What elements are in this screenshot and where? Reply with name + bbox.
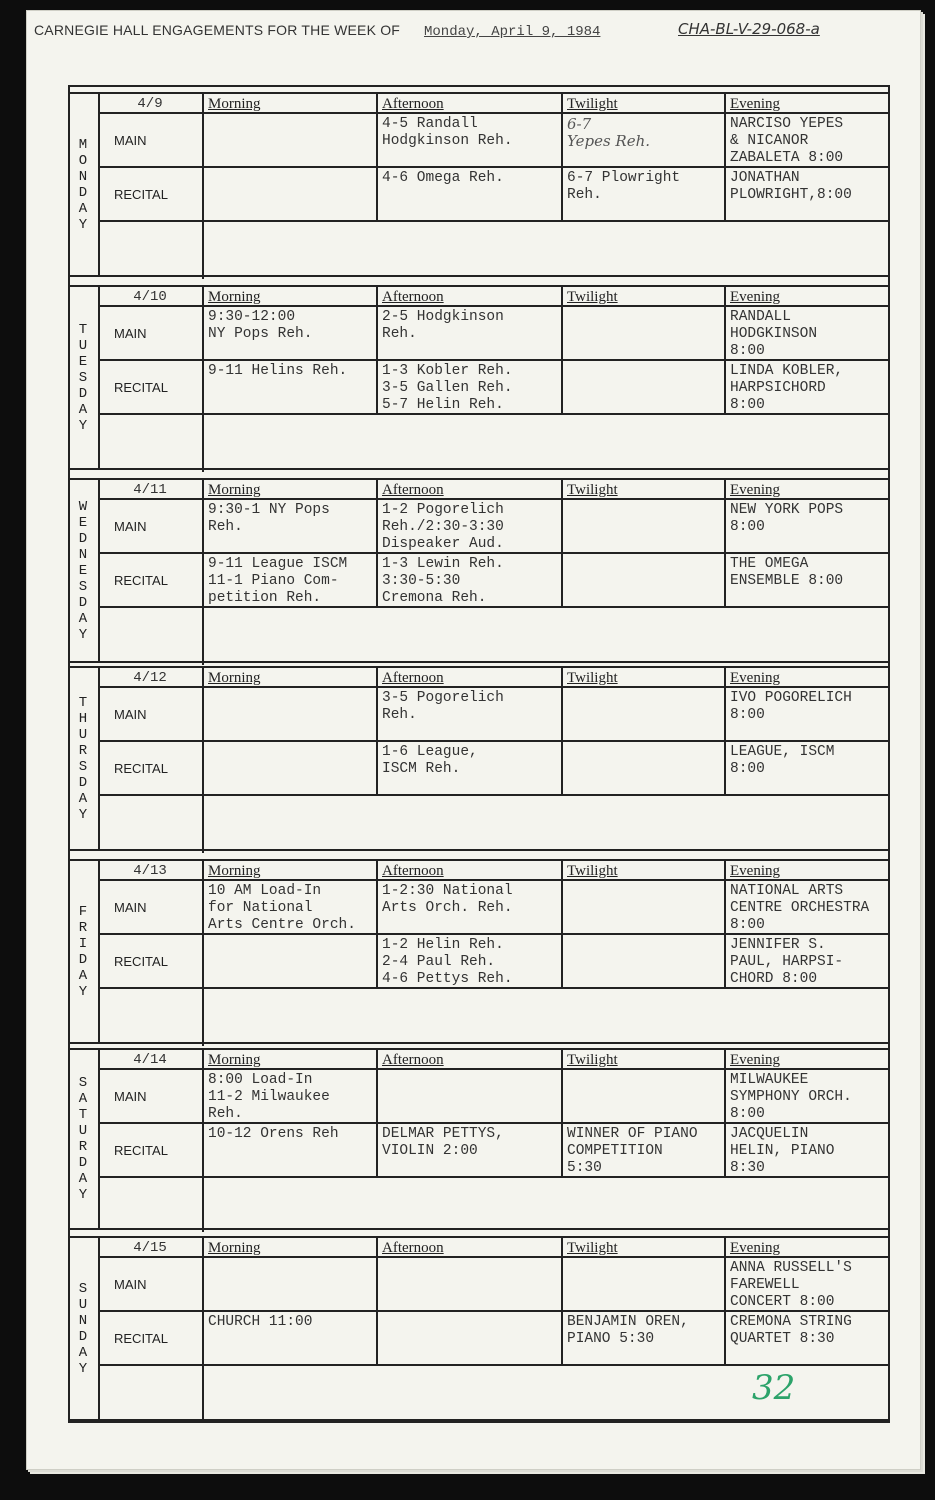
- day-date: 4/11: [98, 480, 204, 498]
- schedule-cell-main-twilight: [563, 1258, 726, 1310]
- schedule-cell-recital-morning: [204, 742, 378, 794]
- schedule-cell-recital-morning: 10-12 Orens Reh: [204, 1124, 378, 1176]
- header-row: 4/15MorningAfternoonTwilightEvening: [98, 1238, 888, 1258]
- day-grid: 4/13MorningAfternoonTwilightEveningMAIN1…: [98, 861, 888, 1042]
- day-letter: I: [79, 936, 87, 952]
- day-block-monday: MONDAY4/9MorningAfternoonTwilightEvening…: [68, 92, 888, 277]
- main-row: MAIN8:00 Load-In 11-2 Milwaukee Reh.MILW…: [98, 1070, 888, 1124]
- column-header-evening: Evening: [726, 1238, 888, 1256]
- column-header-twilight: Twilight: [563, 861, 726, 879]
- day-letter: D: [79, 386, 87, 402]
- day-letter: A: [79, 968, 87, 984]
- day-letter: S: [79, 1281, 87, 1297]
- main-row: MAIN4-5 Randall Hodgkinson Reh.6-7 Yepes…: [98, 114, 888, 168]
- schedule-cell-recital-twilight: 6-7 Plowright Reh.: [563, 168, 726, 220]
- day-letter: E: [79, 515, 87, 531]
- day-letter: U: [79, 1123, 87, 1139]
- schedule-cell-main-twilight: [563, 688, 726, 740]
- day-letter: S: [79, 579, 87, 595]
- notes-cell: [204, 222, 888, 279]
- schedule-cell-recital-afternoon: 1-3 Kobler Reh. 3-5 Gallen Reh. 5-7 Heli…: [378, 361, 563, 413]
- column-header-afternoon: Afternoon: [378, 1050, 563, 1068]
- notes-label-cell: [98, 1178, 204, 1232]
- main-row: MAIN10 AM Load-In for National Arts Cent…: [98, 881, 888, 935]
- day-letter: D: [79, 595, 87, 611]
- schedule-cell-main-evening: RANDALL HODGKINSON 8:00: [726, 307, 888, 359]
- column-header-afternoon: Afternoon: [378, 668, 563, 686]
- day-letter: A: [79, 201, 87, 217]
- schedule-cell-recital-twilight: [563, 935, 726, 987]
- column-header-twilight: Twilight: [563, 287, 726, 305]
- schedule-cell-main-morning: [204, 688, 378, 740]
- schedule-cell-recital-afternoon: 1-2 Helin Reh. 2-4 Paul Reh. 4-6 Pettys …: [378, 935, 563, 987]
- hall-label-recital: RECITAL: [98, 361, 204, 413]
- day-block-tuesday: TUESDAY4/10MorningAfternoonTwilightEveni…: [68, 285, 888, 470]
- recital-row: RECITAL4-6 Omega Reh.6-7 Plowright Reh.J…: [98, 168, 888, 222]
- week-of-date: Monday, April 9, 1984: [424, 24, 600, 40]
- day-letter: Y: [79, 217, 87, 233]
- hall-label-main: MAIN: [98, 688, 204, 740]
- schedule-cell-recital-evening: LEAGUE, ISCM 8:00: [726, 742, 888, 794]
- notes-cell: [204, 989, 888, 1046]
- notes-row: [98, 415, 888, 472]
- schedule-cell-recital-evening: JACQUELIN HELIN, PIANO 8:30: [726, 1124, 888, 1176]
- column-header-evening: Evening: [726, 861, 888, 879]
- day-letter: N: [79, 1313, 87, 1329]
- day-grid: 4/14MorningAfternoonTwilightEveningMAIN8…: [98, 1050, 888, 1228]
- day-date: 4/15: [98, 1238, 204, 1256]
- schedule-cell-main-evening: NARCISO YEPES & NICANOR ZABALETA 8:00: [726, 114, 888, 166]
- day-block-friday: FRIDAY4/13MorningAfternoonTwilightEvenin…: [68, 859, 888, 1044]
- hall-label-main: MAIN: [98, 1070, 204, 1122]
- notes-cell: [204, 415, 888, 472]
- notes-label-cell: [98, 222, 204, 279]
- main-row: MAINANNA RUSSELL'S FAREWELL CONCERT 8:00: [98, 1258, 888, 1312]
- header-row: 4/9MorningAfternoonTwilightEvening: [98, 94, 888, 114]
- main-row: MAIN3-5 Pogorelich Reh.IVO POGORELICH 8:…: [98, 688, 888, 742]
- schedule-cell-recital-evening: THE OMEGA ENSEMBLE 8:00: [726, 554, 888, 606]
- day-date: 4/13: [98, 861, 204, 879]
- column-header-evening: Evening: [726, 480, 888, 498]
- notes-row: [98, 796, 888, 853]
- notes-row: [98, 1178, 888, 1232]
- day-letter: D: [79, 531, 87, 547]
- day-letter: M: [79, 137, 87, 153]
- schedule-cell-main-afternoon: [378, 1070, 563, 1122]
- day-name-vertical: THURSDAY: [68, 668, 100, 849]
- column-header-morning: Morning: [204, 287, 378, 305]
- day-date: 4/12: [98, 668, 204, 686]
- day-letter: S: [79, 759, 87, 775]
- hall-label-recital: RECITAL: [98, 554, 204, 606]
- schedule-cell-recital-evening: JONATHAN PLOWRIGHT,8:00: [726, 168, 888, 220]
- header-row: 4/12MorningAfternoonTwilightEvening: [98, 668, 888, 688]
- schedule-cell-main-twilight: [563, 307, 726, 359]
- notes-cell: [204, 1178, 888, 1232]
- column-header-twilight: Twilight: [563, 1238, 726, 1256]
- day-name-vertical: MONDAY: [68, 94, 100, 275]
- recital-row: RECITALCHURCH 11:00BENJAMIN OREN, PIANO …: [98, 1312, 888, 1366]
- schedule-cell-recital-afternoon: [378, 1312, 563, 1364]
- day-letter: T: [79, 1107, 87, 1123]
- schedule-cell-recital-morning: 9-11 League ISCM 11-1 Piano Com- petitio…: [204, 554, 378, 606]
- schedule-cell-main-evening: IVO POGORELICH 8:00: [726, 688, 888, 740]
- schedule-cell-main-morning: 10 AM Load-In for National Arts Centre O…: [204, 881, 378, 933]
- hall-label-main: MAIN: [98, 500, 204, 552]
- recital-row: RECITAL10-12 Orens RehDELMAR PETTYS, VIO…: [98, 1124, 888, 1178]
- day-letter: D: [79, 775, 87, 791]
- column-header-evening: Evening: [726, 94, 888, 112]
- day-date: 4/9: [98, 94, 204, 112]
- main-row: MAIN9:30-1 NY Pops Reh.1-2 Pogorelich Re…: [98, 500, 888, 554]
- column-header-twilight: Twilight: [563, 668, 726, 686]
- schedule-cell-recital-morning: CHURCH 11:00: [204, 1312, 378, 1364]
- day-name-vertical: WEDNESDAY: [68, 480, 100, 661]
- schedule-cell-recital-morning: 9-11 Helins Reh.: [204, 361, 378, 413]
- schedule-cell-recital-morning: [204, 168, 378, 220]
- schedule-cell-recital-evening: LINDA KOBLER, HARPSICHORD 8:00: [726, 361, 888, 413]
- schedule-cell-main-evening: NATIONAL ARTS CENTRE ORCHESTRA 8:00: [726, 881, 888, 933]
- day-letter: Y: [79, 1187, 87, 1203]
- column-header-twilight: Twilight: [563, 94, 726, 112]
- schedule-cell-recital-morning: [204, 935, 378, 987]
- day-letter: E: [79, 354, 87, 370]
- title-text: CARNEGIE HALL ENGAGEMENTS FOR THE WEEK O…: [34, 22, 400, 38]
- column-header-twilight: Twilight: [563, 1050, 726, 1068]
- schedule-cell-recital-afternoon: DELMAR PETTYS, VIOLIN 2:00: [378, 1124, 563, 1176]
- day-letter: D: [79, 1329, 87, 1345]
- header-row: 4/13MorningAfternoonTwilightEvening: [98, 861, 888, 881]
- column-header-morning: Morning: [204, 1238, 378, 1256]
- day-letter: R: [79, 743, 87, 759]
- hall-label-main: MAIN: [98, 307, 204, 359]
- column-header-evening: Evening: [726, 668, 888, 686]
- day-name-vertical: TUESDAY: [68, 287, 100, 468]
- notes-row: [98, 989, 888, 1046]
- schedule-cell-recital-afternoon: 1-3 Lewin Reh. 3:30-5:30 Cremona Reh.: [378, 554, 563, 606]
- day-block-wednesday: WEDNESDAY4/11MorningAfternoonTwilightEve…: [68, 478, 888, 663]
- schedule-cell-recital-afternoon: 1-6 League, ISCM Reh.: [378, 742, 563, 794]
- column-header-afternoon: Afternoon: [378, 861, 563, 879]
- notes-label-cell: [98, 1366, 204, 1423]
- notes-row: [98, 222, 888, 279]
- hall-label-main: MAIN: [98, 881, 204, 933]
- schedule-cell-main-morning: 9:30-1 NY Pops Reh.: [204, 500, 378, 552]
- day-letter: A: [79, 791, 87, 807]
- hall-label-main: MAIN: [98, 1258, 204, 1310]
- day-letter: W: [79, 499, 87, 515]
- recital-row: RECITAL1-6 League, ISCM Reh.LEAGUE, ISCM…: [98, 742, 888, 796]
- notes-label-cell: [98, 608, 204, 665]
- day-name-vertical: FRIDAY: [68, 861, 100, 1042]
- day-letter: Y: [79, 1361, 87, 1377]
- schedule-cell-main-morning: 9:30-12:00 NY Pops Reh.: [204, 307, 378, 359]
- header-row: 4/10MorningAfternoonTwilightEvening: [98, 287, 888, 307]
- day-letter: N: [79, 169, 87, 185]
- column-header-afternoon: Afternoon: [378, 94, 563, 112]
- schedule-cell-main-afternoon: 3-5 Pogorelich Reh.: [378, 688, 563, 740]
- hall-label-recital: RECITAL: [98, 168, 204, 220]
- day-block-thursday: THURSDAY4/12MorningAfternoonTwilightEven…: [68, 666, 888, 851]
- column-header-morning: Morning: [204, 668, 378, 686]
- day-letter: U: [79, 1297, 87, 1313]
- day-grid: 4/11MorningAfternoonTwilightEveningMAIN9…: [98, 480, 888, 661]
- schedule-cell-main-evening: NEW YORK POPS 8:00: [726, 500, 888, 552]
- notes-label-cell: [98, 796, 204, 853]
- day-grid: 4/10MorningAfternoonTwilightEveningMAIN9…: [98, 287, 888, 468]
- column-header-morning: Morning: [204, 94, 378, 112]
- archive-id: CHA-BL-V-29-068-a: [678, 20, 820, 38]
- column-header-morning: Morning: [204, 480, 378, 498]
- day-letter: A: [79, 1091, 87, 1107]
- header-row: 4/14MorningAfternoonTwilightEvening: [98, 1050, 888, 1070]
- day-letter: A: [79, 1345, 87, 1361]
- column-header-afternoon: Afternoon: [378, 1238, 563, 1256]
- recital-row: RECITAL9-11 Helins Reh.1-3 Kobler Reh. 3…: [98, 361, 888, 415]
- schedule-cell-recital-evening: JENNIFER S. PAUL, HARPSI- CHORD 8:00: [726, 935, 888, 987]
- day-letter: O: [79, 153, 87, 169]
- document-title: CARNEGIE HALL ENGAGEMENTS FOR THE WEEK O…: [34, 22, 400, 40]
- day-letter: F: [79, 904, 87, 920]
- schedule-cell-main-afternoon: 1-2:30 National Arts Orch. Reh.: [378, 881, 563, 933]
- schedule-cell-recital-twilight: WINNER OF PIANO COMPETITION 5:30: [563, 1124, 726, 1176]
- schedule-cell-main-morning: 8:00 Load-In 11-2 Milwaukee Reh.: [204, 1070, 378, 1122]
- notes-label-cell: [98, 989, 204, 1046]
- main-row: MAIN9:30-12:00 NY Pops Reh.2-5 Hodgkinso…: [98, 307, 888, 361]
- notes-cell: [204, 796, 888, 853]
- column-header-afternoon: Afternoon: [378, 287, 563, 305]
- hall-label-recital: RECITAL: [98, 935, 204, 987]
- day-name-vertical: SATURDAY: [68, 1050, 100, 1228]
- day-letter: D: [79, 1155, 87, 1171]
- schedule-cell-main-afternoon: 4-5 Randall Hodgkinson Reh.: [378, 114, 563, 166]
- schedule-cell-recital-twilight: [563, 554, 726, 606]
- schedule-cell-main-afternoon: 2-5 Hodgkinson Reh.: [378, 307, 563, 359]
- hall-label-recital: RECITAL: [98, 742, 204, 794]
- schedule-cell-recital-evening: CREMONA STRING QUARTET 8:30: [726, 1312, 888, 1364]
- notes-cell: [204, 608, 888, 665]
- schedule-cell-main-evening: MILWAUKEE SYMPHONY ORCH. 8:00: [726, 1070, 888, 1122]
- day-name-vertical: SUNDAY: [68, 1238, 100, 1419]
- schedule-cell-recital-afternoon: 4-6 Omega Reh.: [378, 168, 563, 220]
- day-letter: A: [79, 611, 87, 627]
- column-header-afternoon: Afternoon: [378, 480, 563, 498]
- day-letter: U: [79, 338, 87, 354]
- schedule-cell-main-afternoon: [378, 1258, 563, 1310]
- day-date: 4/10: [98, 287, 204, 305]
- schedule-cell-main-afternoon: 1-2 Pogorelich Reh./2:30-3:30 Dispeaker …: [378, 500, 563, 552]
- day-letter: R: [79, 920, 87, 936]
- day-grid: 4/9MorningAfternoonTwilightEveningMAIN4-…: [98, 94, 888, 275]
- schedule-cell-main-twilight: [563, 1070, 726, 1122]
- schedule-cell-main-twilight: [563, 881, 726, 933]
- day-letter: Y: [79, 627, 87, 643]
- day-letter: T: [79, 695, 87, 711]
- notes-label-cell: [98, 415, 204, 472]
- day-letter: A: [79, 1171, 87, 1187]
- schedule-cell-main-twilight: 6-7 Yepes Reh.: [563, 114, 726, 166]
- page-number: 32: [752, 1368, 795, 1408]
- day-letter: Y: [79, 984, 87, 1000]
- day-letter: A: [79, 402, 87, 418]
- day-grid: 4/12MorningAfternoonTwilightEveningMAIN3…: [98, 668, 888, 849]
- schedule-cell-main-twilight: [563, 500, 726, 552]
- day-letter: Y: [79, 418, 87, 434]
- schedule-cell-recital-twilight: BENJAMIN OREN, PIANO 5:30: [563, 1312, 726, 1364]
- recital-row: RECITAL1-2 Helin Reh. 2-4 Paul Reh. 4-6 …: [98, 935, 888, 989]
- column-header-evening: Evening: [726, 1050, 888, 1068]
- hall-label-recital: RECITAL: [98, 1312, 204, 1364]
- schedule-cell-main-morning: [204, 114, 378, 166]
- day-date: 4/14: [98, 1050, 204, 1068]
- column-header-morning: Morning: [204, 1050, 378, 1068]
- hall-label-recital: RECITAL: [98, 1124, 204, 1176]
- schedule-cell-recital-twilight: [563, 361, 726, 413]
- day-letter: R: [79, 1139, 87, 1155]
- hall-label-main: MAIN: [98, 114, 204, 166]
- day-letter: N: [79, 547, 87, 563]
- day-letter: T: [79, 322, 87, 338]
- schedule-cell-main-morning: [204, 1258, 378, 1310]
- column-header-evening: Evening: [726, 287, 888, 305]
- notes-row: [98, 608, 888, 665]
- day-letter: D: [79, 185, 87, 201]
- day-letter: U: [79, 727, 87, 743]
- day-letter: E: [79, 563, 87, 579]
- schedule-cell-main-evening: ANNA RUSSELL'S FAREWELL CONCERT 8:00: [726, 1258, 888, 1310]
- schedule-cell-recital-twilight: [563, 742, 726, 794]
- recital-row: RECITAL9-11 League ISCM 11-1 Piano Com- …: [98, 554, 888, 608]
- day-letter: H: [79, 711, 87, 727]
- day-block-saturday: SATURDAY4/14MorningAfternoonTwilightEven…: [68, 1048, 888, 1230]
- day-letter: S: [79, 370, 87, 386]
- day-letter: D: [79, 952, 87, 968]
- column-header-twilight: Twilight: [563, 480, 726, 498]
- day-letter: S: [79, 1075, 87, 1091]
- day-letter: Y: [79, 807, 87, 823]
- header-row: 4/11MorningAfternoonTwilightEvening: [98, 480, 888, 500]
- column-header-morning: Morning: [204, 861, 378, 879]
